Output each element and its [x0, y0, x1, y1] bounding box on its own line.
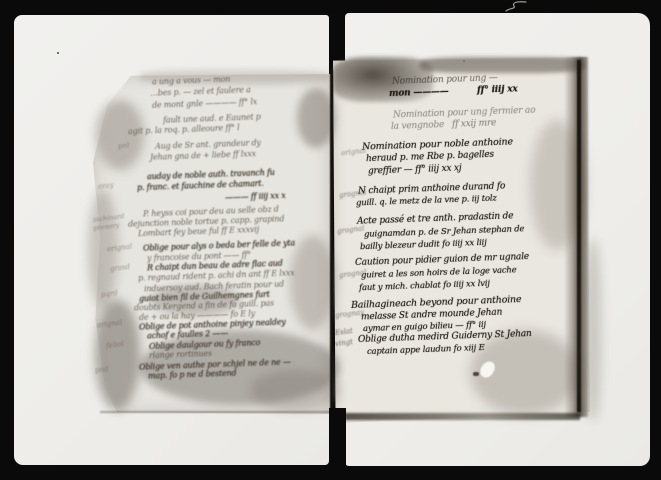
handwriting-line: greffier — ff° iiij xx xj	[368, 163, 462, 176]
handwriting-line: map. fo p ne d bestend	[148, 368, 237, 380]
handwriting-line: ff° iiij xx	[477, 84, 518, 95]
handwriting-line: agit p. la roq. p. alleoure ff° l	[128, 123, 240, 136]
ink-speck	[473, 372, 479, 376]
thread-artifact	[502, 0, 530, 16]
margin-note: grognal	[337, 224, 365, 235]
margin-note: pnl	[118, 141, 130, 150]
handwriting-line: bailly blezeur dudit fo iiij xx liij	[360, 238, 487, 252]
right-page-text: Nomination pour ung —mon ————ff° iiij xx…	[333, 57, 591, 424]
handwriting-line: la vengnobe	[391, 120, 445, 132]
margin-note: pqrd	[101, 289, 119, 299]
dust-speck	[57, 52, 59, 54]
handwriting-line: Nomination pour ung fermier ao	[393, 106, 536, 121]
margin-note: aptenory	[93, 221, 120, 233]
book-gutter	[330, 70, 333, 415]
margin-note: orignal	[107, 242, 133, 253]
handwriting-line: de mont gnle ———— ff° lx	[152, 97, 257, 110]
handwriting-line: ff xxij mre	[452, 118, 496, 130]
margin-note: grosd	[110, 263, 131, 273]
dust-speck	[463, 60, 465, 62]
handwriting-line: captain appe laudun fo xiij E	[367, 343, 485, 357]
gray-bleed	[585, 240, 601, 420]
right-page-bottom-edge	[345, 413, 580, 420]
margin-note: grognay	[335, 308, 365, 319]
margin-note: orignal	[341, 146, 367, 157]
handwriting-line: ——— ff iiij xx x	[225, 191, 286, 202]
handwriting-line: guiret a les son hoirs de la loge vache	[361, 265, 517, 280]
handwriting-line: mon ————	[389, 87, 449, 99]
margin-note: pnd	[95, 365, 109, 375]
margin-note: Eslat	[335, 327, 354, 337]
left-page-bottom-edge	[100, 411, 330, 413]
handwriting-line: rlange rortinues	[149, 349, 212, 360]
handwriting-line: Jehan gna de + liebe ff lxxx	[150, 149, 256, 162]
handwriting-line: guignamdan p. de Sr Jehan stephan de	[364, 224, 525, 240]
handwriting-line: fault une aud. e Eaunet p	[163, 112, 261, 124]
handwriting-line: heraud p. me Rbe p. bagelles	[366, 150, 494, 164]
margin-note: oray	[98, 181, 115, 191]
scan-frame: a ung a vous — mon…bes p. — zel et faule…	[0, 0, 661, 480]
book-gutter-shadow	[329, 408, 346, 468]
margin-note: orignal	[97, 318, 123, 329]
right-page-edge-line	[577, 60, 581, 412]
margin-note: feliot	[106, 340, 125, 350]
handwriting-line: faut y mich. chablat fo iiij xx lvij	[359, 279, 490, 294]
margin-note: vingt	[335, 338, 354, 348]
left-page-text: a ung a vous — mon…bes p. — zel et faule…	[93, 74, 332, 415]
handwriting-line: …bes p. — zel et faulere a	[150, 85, 251, 98]
handwriting-line: a ung a vous — mon	[152, 75, 231, 87]
